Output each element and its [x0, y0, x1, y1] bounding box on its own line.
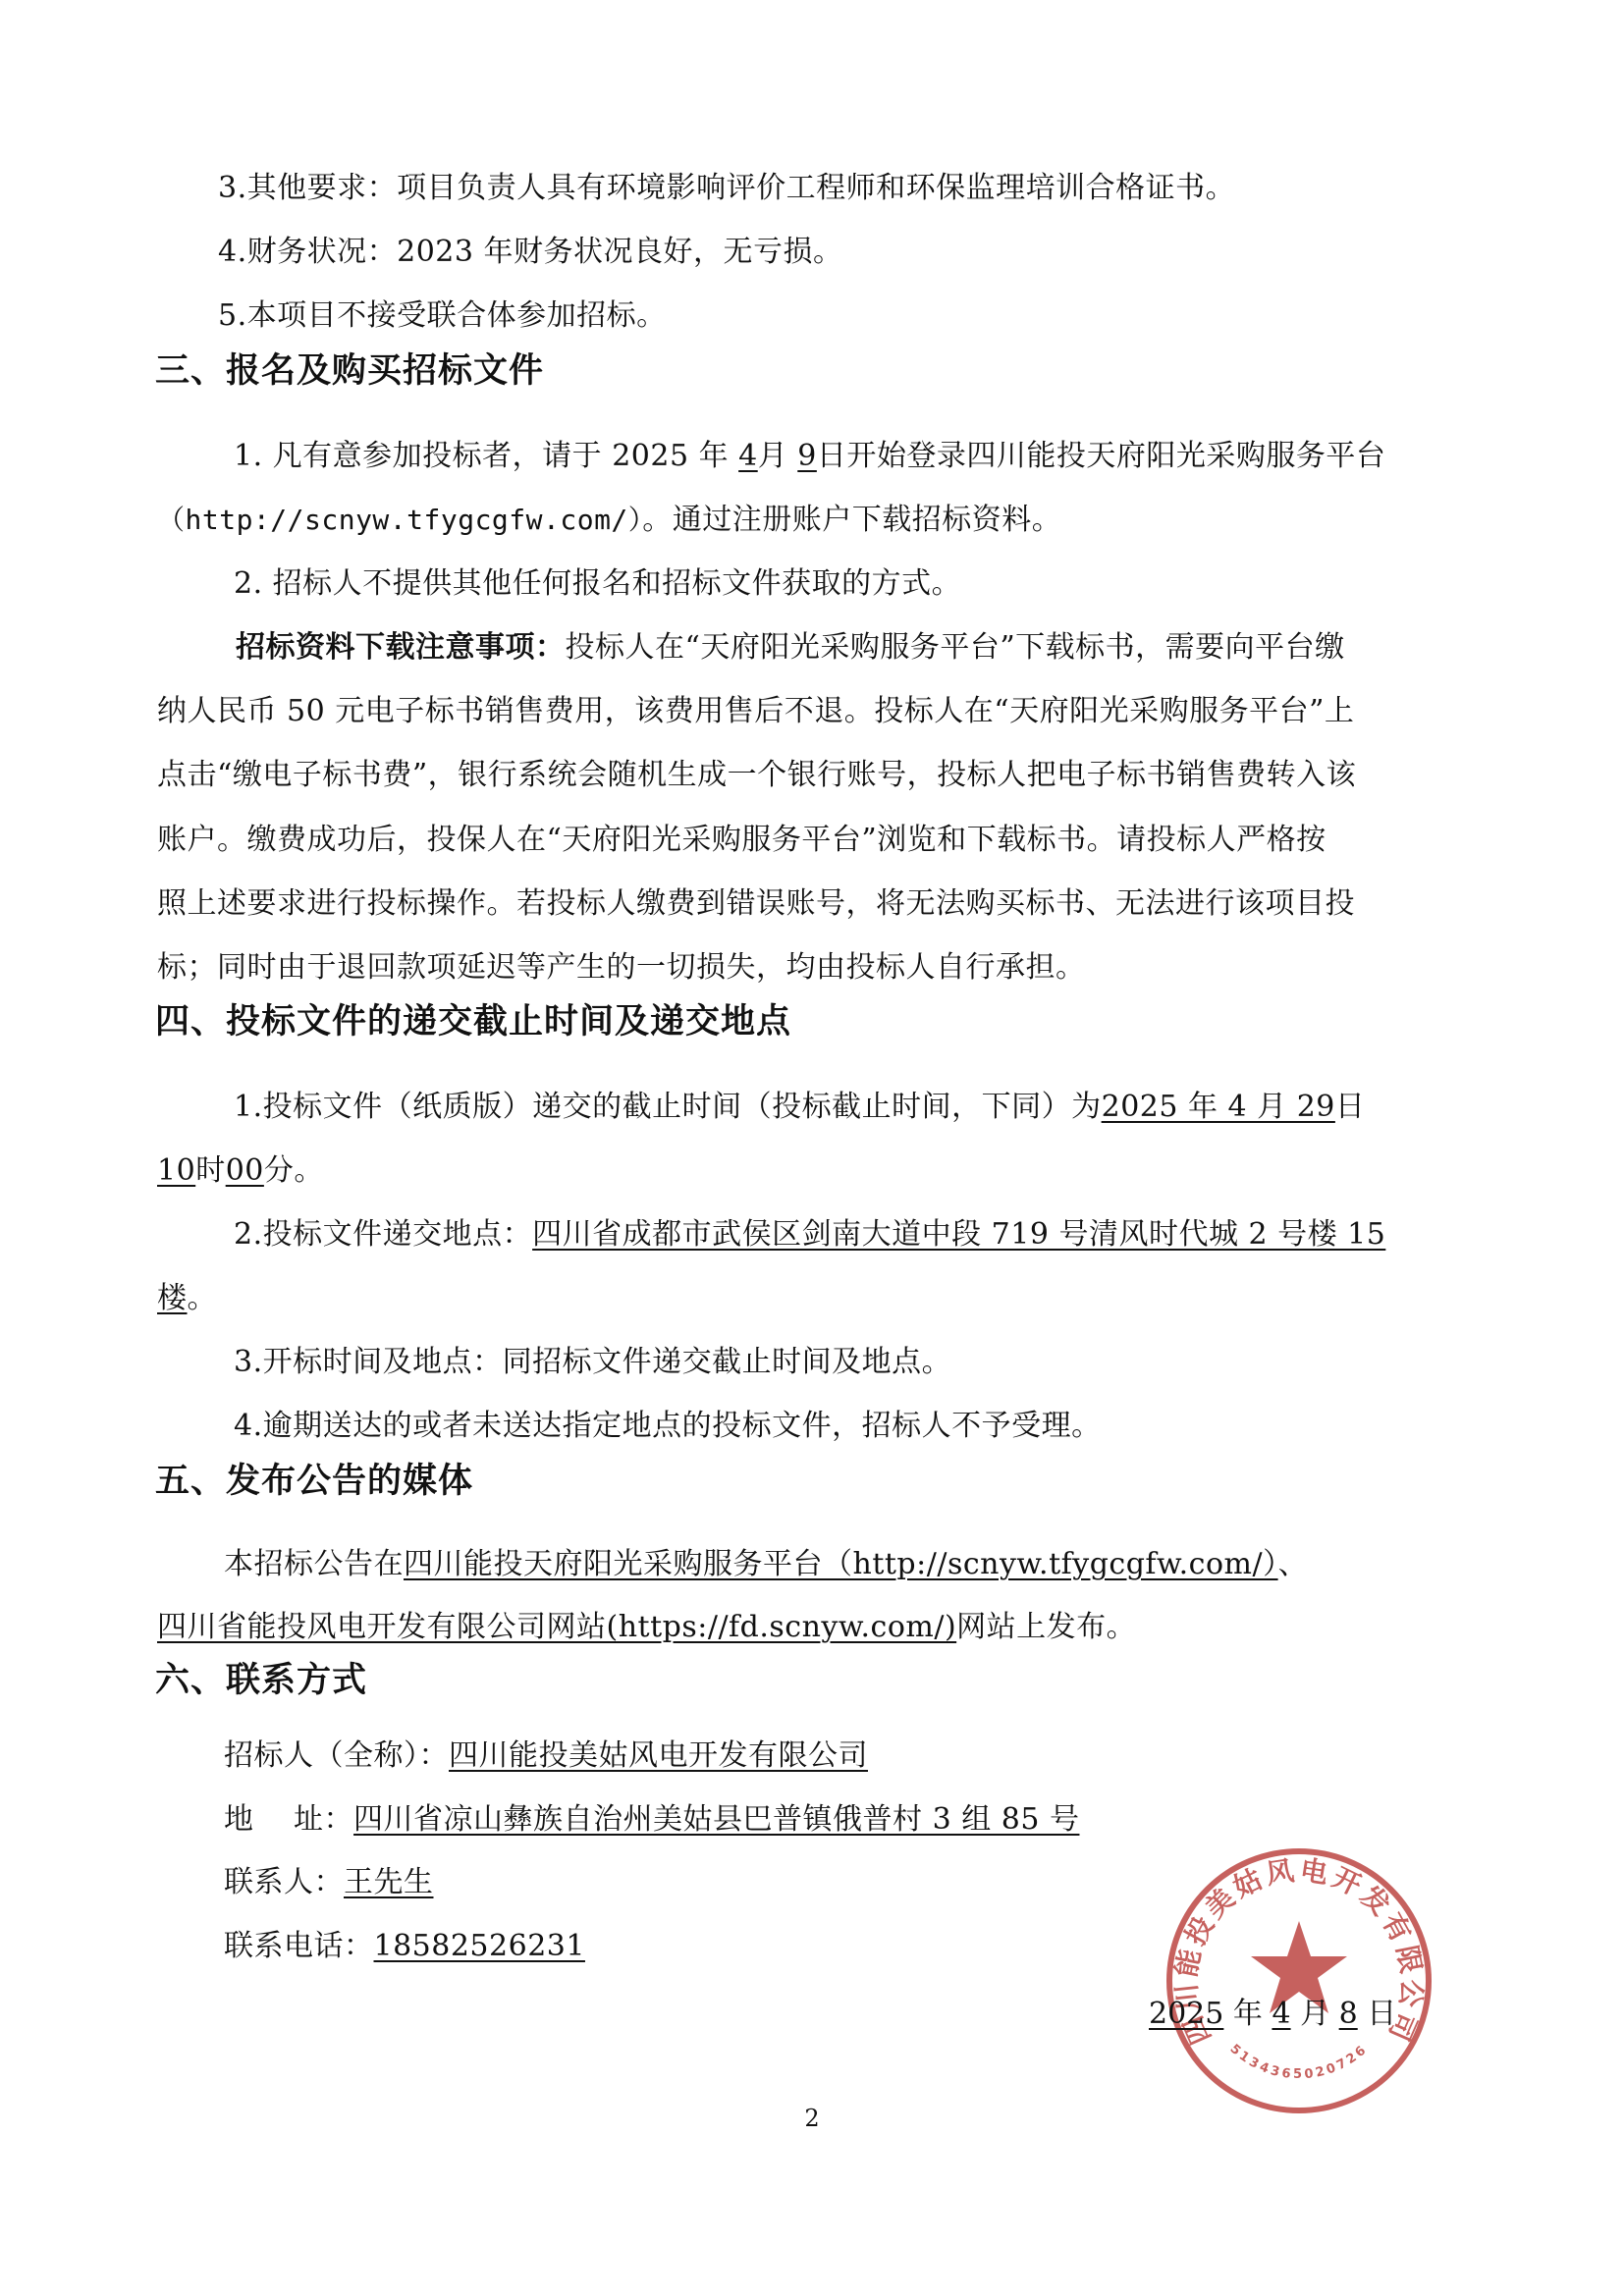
notice-text: 投标人在“天府阳光采购服务平台”下载标书，需要向平台缴 — [566, 630, 1345, 665]
section-4-heading: 四、投标文件的递交截止时间及递交地点 — [155, 1000, 791, 1043]
notice-line-6: 标；同时由于退回款项延迟等产生的一切损失，均由投标人自行承担。 — [157, 948, 1478, 988]
section-4-item-1-line-2: 10时00分。 — [157, 1151, 1478, 1191]
publish-sep: 、 — [1278, 1547, 1309, 1581]
sign-day-label: 日 — [1367, 1997, 1396, 2031]
phone-label: 联系电话： — [224, 1929, 374, 1963]
section-4-item-1: 1.投标文件（纸质版）递交的截止时间（投标截止时间，下同）为2025 年 4 月… — [234, 1088, 1554, 1127]
publish-suffix: 网站上发布。 — [956, 1610, 1136, 1644]
page-number: 2 — [0, 2104, 1624, 2133]
location-prefix: 2.投标文件递交地点： — [234, 1217, 532, 1252]
notice-line-4: 账户。缴费成功后，投保人在“天府阳光采购服务平台”浏览和下载标书。请投标人严格按 — [157, 821, 1478, 860]
section-3-item-2: 2. 招标人不提供其他任何报名和招标文件获取的方式。 — [234, 564, 1554, 604]
deadline-prefix: 1.投标文件（纸质版）递交的截止时间（投标截止时间，下同）为 — [234, 1090, 1102, 1124]
platform-link[interactable]: 四川能投天府阳光采购服务平台（http://scnyw.tfygcgfw.com… — [404, 1547, 1278, 1581]
hour-label: 时 — [195, 1153, 226, 1188]
section-4-item-2-line-2: 楼。 — [157, 1279, 1478, 1318]
notice-line-3: 点击“缴电子标书费”，银行系统会随机生成一个银行账号，投标人把电子标书销售费转入… — [157, 756, 1478, 795]
start-day: 9 — [797, 439, 817, 473]
notice-line-5: 照上述要求进行投标操作。若投标人缴费到错误账号，将无法购买标书、无法进行该项目投 — [157, 884, 1478, 924]
publish-prefix: 本招标公告在 — [224, 1547, 404, 1581]
sign-year-label: 年 — [1233, 1997, 1263, 2031]
item-1-mid: 月 — [758, 439, 798, 473]
document-page: 3.其他要求：项目负责人具有环境影响评价工程师和环保监理培训合格证书。 4.财务… — [0, 0, 1624, 2296]
phone-number[interactable]: 18582526231 — [374, 1929, 585, 1963]
company-website-link[interactable]: 四川省能投风电开发有限公司网站(https://fd.scnyw.com/) — [157, 1610, 956, 1644]
deadline-date: 2025 年 4 月 29 — [1102, 1090, 1335, 1124]
tenderer-row: 招标人（全称）：四川能投美姑风电开发有限公司 — [224, 1736, 1544, 1776]
seal-code: 5134365020726 — [1227, 2042, 1372, 2082]
item-1-prefix: 1. 凡有意参加投标者，请于 2025 年 — [234, 439, 738, 473]
notice-label: 招标资料下载注意事项： — [236, 630, 566, 665]
item-1-rest: 。通过注册账户下载招标资料。 — [642, 503, 1061, 537]
sign-month-label: 月 — [1300, 1997, 1329, 2031]
start-month: 4 — [738, 439, 758, 473]
requirement-item-4: 4.财务状况：2023 年财务状况良好，无亏损。 — [218, 233, 1539, 272]
notice-line-1: 招标资料下载注意事项：投标人在“天府阳光采购服务平台”下载标书，需要向平台缴 — [236, 628, 1478, 667]
location-end: 。 — [188, 1281, 218, 1315]
section-3-item-1-line-2: （http://scnyw.tfygcgfw.com/）。通过注册账户下载招标资… — [157, 501, 1478, 540]
address-row: 地 址：四川省凉山彝族自治州美姑县巴普镇俄普村 3 组 85 号 — [224, 1800, 1544, 1840]
platform-url[interactable]: （http://scnyw.tfygcgfw.com/） — [157, 504, 642, 536]
address-value: 四川省凉山彝族自治州美姑县巴普镇俄普村 3 组 85 号 — [353, 1802, 1079, 1837]
deadline-hour: 10 — [157, 1153, 195, 1188]
signature-date: 2025 年 4 月 8 日 — [1149, 1995, 1396, 2034]
section-3-item-1: 1. 凡有意参加投标者，请于 2025 年 4月 9日开始登录四川能投天府阳光采… — [234, 437, 1554, 476]
submission-address-cont: 楼 — [157, 1281, 188, 1315]
notice-line-2: 纳人民币 50 元电子标书销售费用，该费用售后不退。投标人在“天府阳光采购服务平… — [157, 692, 1478, 731]
tenderer-name: 四川能投美姑风电开发有限公司 — [449, 1738, 868, 1773]
company-seal-icon: 四川能投美姑风电开发有限公司 5134365020726 — [1164, 1846, 1434, 2115]
sign-month: 4 — [1272, 1997, 1290, 2031]
deadline-minute: 00 — [226, 1153, 264, 1188]
requirement-item-5: 5.本项目不接受联合体参加招标。 — [218, 296, 1539, 336]
address-label: 地 址： — [224, 1802, 353, 1837]
contact-name: 王先生 — [344, 1865, 434, 1899]
sign-day: 8 — [1339, 1997, 1358, 2031]
minute-label: 分。 — [264, 1153, 324, 1188]
section-6-heading: 六、联系方式 — [155, 1659, 367, 1702]
section-5-line-2: 四川省能投风电开发有限公司网站(https://fd.scnyw.com/)网站… — [157, 1608, 1478, 1647]
requirement-item-3: 3.其他要求：项目负责人具有环境影响评价工程师和环保监理培训合格证书。 — [218, 169, 1539, 208]
sign-year: 2025 — [1149, 1997, 1223, 2031]
section-5-heading: 五、发布公告的媒体 — [155, 1460, 473, 1503]
section-5-line-1: 本招标公告在四川能投天府阳光采购服务平台（http://scnyw.tfygcg… — [224, 1545, 1544, 1584]
section-4-item-3: 3.开标时间及地点：同招标文件递交截止时间及地点。 — [234, 1343, 1554, 1382]
submission-address: 四川省成都市武侯区剑南大道中段 719 号清风时代城 2 号楼 15 — [532, 1217, 1385, 1252]
tenderer-label: 招标人（全称）： — [224, 1738, 449, 1773]
item-1-suffix: 日开始登录四川能投天府阳光采购服务平台 — [817, 439, 1386, 473]
svg-text:5134365020726: 5134365020726 — [1227, 2042, 1372, 2082]
section-4-item-2: 2.投标文件递交地点：四川省成都市武侯区剑南大道中段 719 号清风时代城 2 … — [234, 1215, 1554, 1255]
section-4-item-4: 4.逾期送达的或者未送达指定地点的投标文件，招标人不予受理。 — [234, 1407, 1554, 1446]
deadline-suffix: 日 — [1335, 1090, 1366, 1124]
section-3-heading: 三、报名及购买招标文件 — [155, 349, 544, 393]
contact-label: 联系人： — [224, 1865, 344, 1899]
